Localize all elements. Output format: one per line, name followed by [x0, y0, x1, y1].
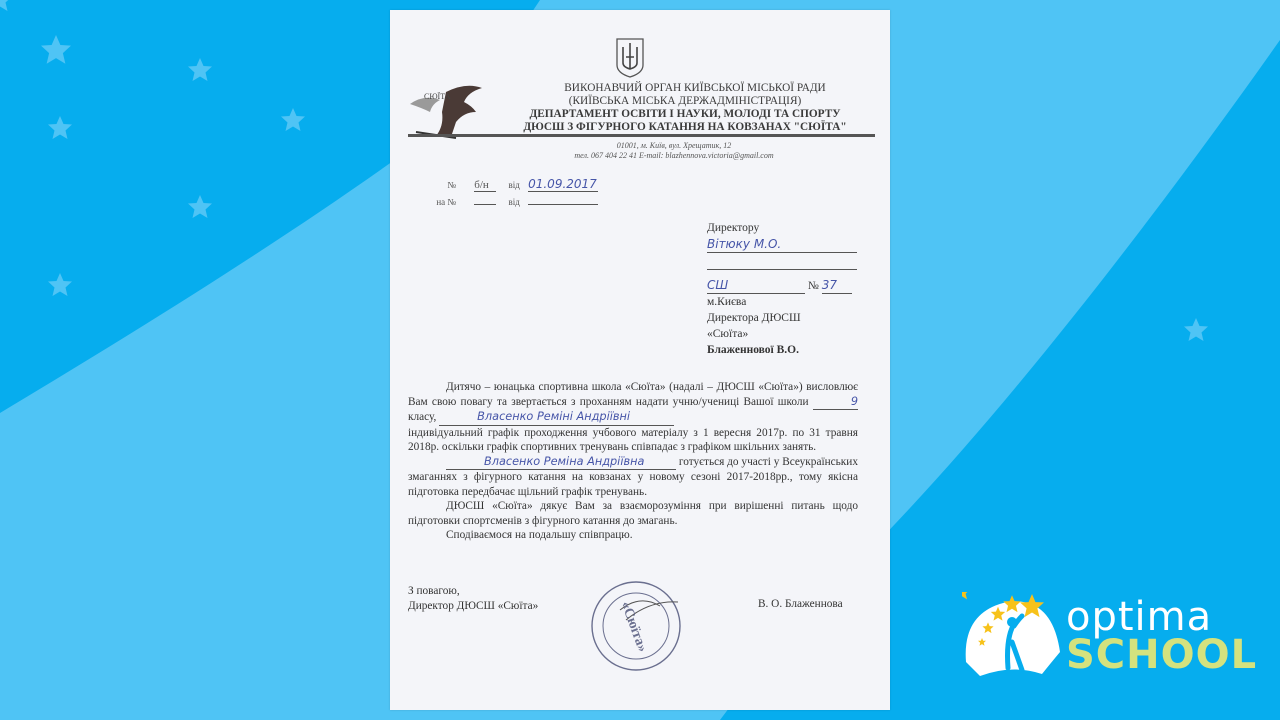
number-label: № — [420, 180, 456, 190]
school-number-label: № — [808, 280, 819, 292]
signer-position: Директор ДЮСШ «Сюїта» — [408, 599, 538, 614]
contacts-line: тел. 067 404 22 41 E-mail: blazhennova.v… — [390, 151, 890, 161]
number-value: б/н — [474, 179, 496, 192]
student-grade: 9 — [813, 395, 858, 411]
ref-number-label: на № — [420, 197, 456, 207]
ref-number-blank — [474, 194, 496, 205]
letter-body: Дитячо – юнацька спортивна школа «Сюїта»… — [408, 380, 858, 543]
sender-name: Блаженнової В.О. — [707, 342, 867, 358]
sender-org: «Сюїта» — [707, 326, 867, 342]
letterhead-address: 01001, м. Київ, вул. Хрещатик, 12 тел. 0… — [390, 141, 890, 161]
letterhead-divider — [408, 134, 875, 137]
ref-from-label: від — [509, 197, 520, 207]
from-label: від — [509, 180, 520, 190]
student-name-dative: Власенко Реміні Андріївні — [439, 410, 674, 426]
addressee-title: Директору — [707, 220, 867, 236]
letterhead-line-3: ДЕПАРТАМЕНТ ОСВІТИ І НАУКИ, МОЛОДІ ТА СП… — [485, 108, 885, 121]
addressee-city: м.Києва — [707, 294, 867, 310]
addressee-blank-line — [707, 253, 857, 270]
paragraph-2: Власенко Реміна Андріївна готується до у… — [408, 455, 858, 500]
addressee-block: Директору Вітюку М.О. СШ № 37 м.Києва Ди… — [707, 220, 867, 358]
addressee-director-name: Вітюку М.О. — [707, 236, 857, 253]
ref-date-blank — [528, 194, 598, 205]
paragraph-4: Сподіваємося на подальшу співпрацю. — [408, 528, 858, 543]
official-stamp-icon: «Сюїта» — [590, 580, 682, 672]
reference-number-row: на № від — [420, 194, 598, 207]
closing-regards: З повагою, — [408, 584, 538, 599]
letterhead-titles: ВИКОНАВЧИЙ ОРГАН КИЇВСЬКОЇ МІСЬКОЇ РАДИ … — [485, 82, 885, 134]
student-name-nominative: Власенко Реміна Андріївна — [446, 455, 676, 471]
org-emblem-logo: СЮЇТА — [406, 82, 484, 140]
letter-document: СЮЇТА ВИКОНАВЧИЙ ОРГАН КИЇВСЬКОЇ МІСЬКОЇ… — [390, 10, 890, 710]
letterhead-line-2: (КИЇВСЬКА МІСЬКА ДЕРЖАДМІНІСТРАЦІЯ) — [485, 95, 885, 108]
school-number-value: 37 — [822, 277, 852, 294]
brand-word-optima: optima — [1066, 598, 1257, 636]
trident-coat-of-arms-icon — [615, 37, 645, 79]
signer-name: В. О. Блаженнова — [758, 598, 843, 610]
signature-block: З повагою, Директор ДЮСШ «Сюїта» — [408, 584, 538, 613]
paragraph-1-text-c: індивідуальний графік проходження учбово… — [408, 427, 858, 454]
paragraph-1: Дитячо – юнацька спортивна школа «Сюїта»… — [408, 380, 858, 455]
paragraph-1-text-b: класу, — [408, 411, 439, 423]
letterhead-line-1: ВИКОНАВЧИЙ ОРГАН КИЇВСЬКОЇ МІСЬКОЇ РАДИ — [485, 82, 885, 95]
addressee-school: СШ — [707, 277, 805, 294]
paragraph-3: ДЮСШ «Сюїта» дякує Вам за взаєморозумінн… — [408, 499, 858, 528]
paragraph-1-text-a: Дитячо – юнацька спортивна школа «Сюїта»… — [408, 381, 858, 408]
sender-position: Директора ДЮСШ — [707, 310, 867, 326]
skater-wings-icon — [406, 82, 484, 140]
letterhead-line-4: ДЮСШ З ФІГУРНОГО КАТАННЯ НА КОВЗАНАХ "СЮ… — [485, 121, 885, 134]
brand-word-school: SCHOOL — [1066, 636, 1257, 674]
brand-wordmark: optima SCHOOL — [1066, 598, 1257, 674]
address-line: 01001, м. Київ, вул. Хрещатик, 12 — [390, 141, 890, 151]
letter-date: 01.09.2017 — [528, 177, 598, 192]
org-logo-label: СЮЇТА — [424, 92, 451, 101]
outgoing-number-row: № б/н від 01.09.2017 — [420, 177, 598, 192]
